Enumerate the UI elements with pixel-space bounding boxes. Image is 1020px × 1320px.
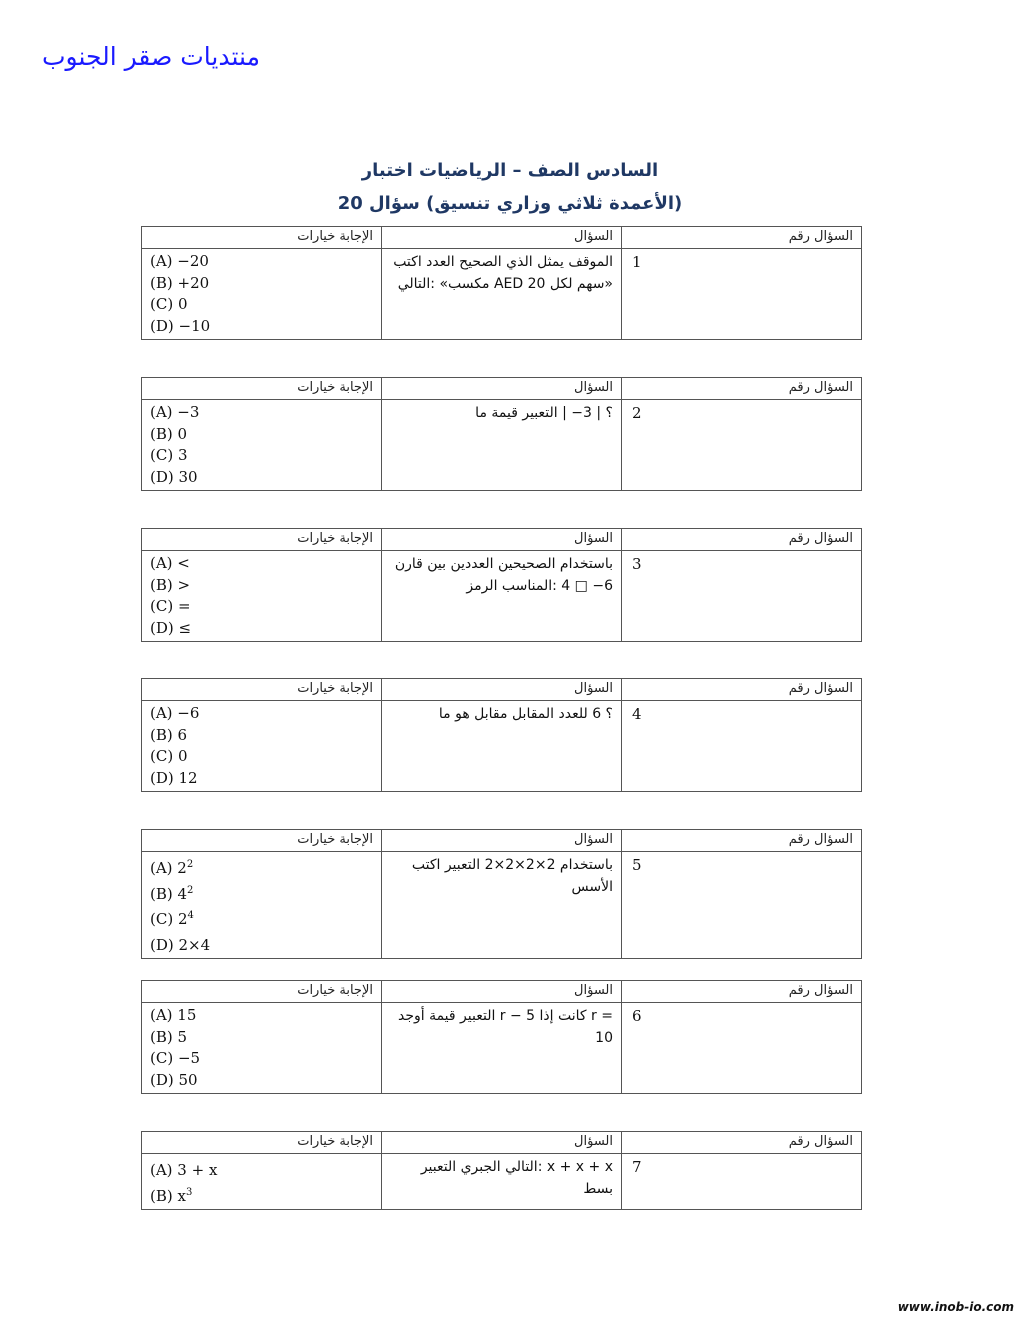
question-table-1: الإجابة خيارات السؤال السؤال رقم (A) −20… bbox=[141, 226, 862, 340]
question-text: ؟ | 3− | التعبير قيمة ما bbox=[382, 400, 622, 491]
option-b: (B) 0 bbox=[150, 424, 373, 446]
option-d: (D) 50 bbox=[150, 1070, 373, 1092]
question-text-line: ؟ | 3− | التعبير قيمة ما bbox=[390, 402, 613, 424]
question-table-7: الإجابة خيارات السؤال السؤال رقم (A) 3 +… bbox=[141, 1131, 862, 1210]
option-d: (D) −10 bbox=[150, 316, 373, 338]
answer-options: (A) 3 + x (B) x3 bbox=[142, 1154, 382, 1210]
option-d: (D) 2×4 bbox=[150, 931, 373, 957]
option-c: (C) 24 bbox=[150, 905, 373, 931]
header-options: الإجابة خيارات bbox=[142, 1132, 382, 1154]
header-number: السؤال رقم bbox=[622, 227, 862, 249]
option-c: (C) 3 bbox=[150, 445, 373, 467]
page-title: السادس الصف – الرياضيات اختبار bbox=[0, 160, 1020, 181]
question-number: 1 bbox=[622, 249, 862, 340]
question-table-2: الإجابة خيارات السؤال السؤال رقم (A) −3 … bbox=[141, 377, 862, 491]
question-text-line: باستخدام الصحيحين العددين بين قارن bbox=[390, 553, 613, 575]
answer-options: (A) −3 (B) 0 (C) 3 (D) 30 bbox=[142, 400, 382, 491]
question-text: باستخدام 2×2×2×2 التعبير اكتب الأسس bbox=[382, 852, 622, 959]
answer-options: (A) < (B) > (C) = (D) ≤ bbox=[142, 551, 382, 642]
question-text: باستخدام الصحيحين العددين بين قارن 6− □ … bbox=[382, 551, 622, 642]
question-text-line: = r كانت إذا r − 5 التعبير قيمة أوجد bbox=[390, 1005, 613, 1027]
option-a: (A) −6 bbox=[150, 703, 373, 725]
option-b: (B) 42 bbox=[150, 880, 373, 906]
question-text: الموقف يمثل الذي الصحيح العدد اكتب «سهم … bbox=[382, 249, 622, 340]
question-number: 4 bbox=[622, 701, 862, 792]
option-c: (C) 0 bbox=[150, 294, 373, 316]
header-question: السؤال bbox=[382, 981, 622, 1003]
header-number: السؤال رقم bbox=[622, 378, 862, 400]
header-options: الإجابة خيارات bbox=[142, 227, 382, 249]
question-table-5: الإجابة خيارات السؤال السؤال رقم (A) 22 … bbox=[141, 829, 862, 959]
header-question: السؤال bbox=[382, 529, 622, 551]
option-a: (A) −20 bbox=[150, 251, 373, 273]
answer-options: (A) 22 (B) 42 (C) 24 (D) 2×4 bbox=[142, 852, 382, 959]
question-text-line: الموقف يمثل الذي الصحيح العدد اكتب bbox=[390, 251, 613, 273]
header-number: السؤال رقم bbox=[622, 830, 862, 852]
page-subtitle: (الأعمدة ثلاثي وزاري تنسيق) سؤال 20 bbox=[0, 193, 1020, 214]
question-text: x + x + x :التالي الجبري التعبير بسط bbox=[382, 1154, 622, 1210]
header-question: السؤال bbox=[382, 1132, 622, 1154]
site-title: منتديات صقر الجنوب bbox=[42, 42, 260, 71]
question-number: 7 bbox=[622, 1154, 862, 1210]
question-text: = r كانت إذا r − 5 التعبير قيمة أوجد 10 bbox=[382, 1003, 622, 1094]
header-options: الإجابة خيارات bbox=[142, 679, 382, 701]
answer-options: (A) −6 (B) 6 (C) 0 (D) 12 bbox=[142, 701, 382, 792]
question-text: ؟ 6 للعدد المقابل مقابل هو ما bbox=[382, 701, 622, 792]
header-options: الإجابة خيارات bbox=[142, 981, 382, 1003]
footer-url: www.inob-io.com bbox=[898, 1300, 1014, 1314]
option-b: (B) x3 bbox=[150, 1182, 373, 1208]
question-table-3: الإجابة خيارات السؤال السؤال رقم (A) < (… bbox=[141, 528, 862, 642]
question-text-line: «سهم لكل AED 20 مكسب» :التالي bbox=[390, 273, 613, 295]
header-number: السؤال رقم bbox=[622, 679, 862, 701]
option-a: (A) −3 bbox=[150, 402, 373, 424]
option-b: (B) > bbox=[150, 575, 373, 597]
option-d: (D) 12 bbox=[150, 768, 373, 790]
header-question: السؤال bbox=[382, 378, 622, 400]
answer-options: (A) −20 (B) +20 (C) 0 (D) −10 bbox=[142, 249, 382, 340]
option-b: (B) +20 bbox=[150, 273, 373, 295]
question-number: 5 bbox=[622, 852, 862, 959]
header-question: السؤال bbox=[382, 830, 622, 852]
header-options: الإجابة خيارات bbox=[142, 830, 382, 852]
option-a: (A) < bbox=[150, 553, 373, 575]
option-a: (A) 3 + x bbox=[150, 1156, 373, 1182]
option-b: (B) 5 bbox=[150, 1027, 373, 1049]
option-b: (B) 6 bbox=[150, 725, 373, 747]
option-c: (C) 0 bbox=[150, 746, 373, 768]
header-options: الإجابة خيارات bbox=[142, 378, 382, 400]
question-number: 6 bbox=[622, 1003, 862, 1094]
option-c: (C) = bbox=[150, 596, 373, 618]
option-a: (A) 22 bbox=[150, 854, 373, 880]
question-number: 2 bbox=[622, 400, 862, 491]
question-text-line: الأسس bbox=[390, 876, 613, 898]
header-question: السؤال bbox=[382, 227, 622, 249]
header-number: السؤال رقم bbox=[622, 1132, 862, 1154]
question-text-line: ؟ 6 للعدد المقابل مقابل هو ما bbox=[390, 703, 613, 725]
question-text-line: 10 bbox=[390, 1027, 613, 1049]
header-question: السؤال bbox=[382, 679, 622, 701]
option-d: (D) ≤ bbox=[150, 618, 373, 640]
question-number: 3 bbox=[622, 551, 862, 642]
option-c: (C) −5 bbox=[150, 1048, 373, 1070]
option-d: (D) 30 bbox=[150, 467, 373, 489]
header-number: السؤال رقم bbox=[622, 981, 862, 1003]
answer-options: (A) 15 (B) 5 (C) −5 (D) 50 bbox=[142, 1003, 382, 1094]
header-options: الإجابة خيارات bbox=[142, 529, 382, 551]
option-a: (A) 15 bbox=[150, 1005, 373, 1027]
question-text-line: باستخدام 2×2×2×2 التعبير اكتب bbox=[390, 854, 613, 876]
question-text-line: 6− □ 4 :المناسب الرمز bbox=[390, 575, 613, 597]
question-table-4: الإجابة خيارات السؤال السؤال رقم (A) −6 … bbox=[141, 678, 862, 792]
question-text-line: x + x + x :التالي الجبري التعبير بسط bbox=[390, 1156, 613, 1200]
header-number: السؤال رقم bbox=[622, 529, 862, 551]
question-table-6: الإجابة خيارات السؤال السؤال رقم (A) 15 … bbox=[141, 980, 862, 1094]
